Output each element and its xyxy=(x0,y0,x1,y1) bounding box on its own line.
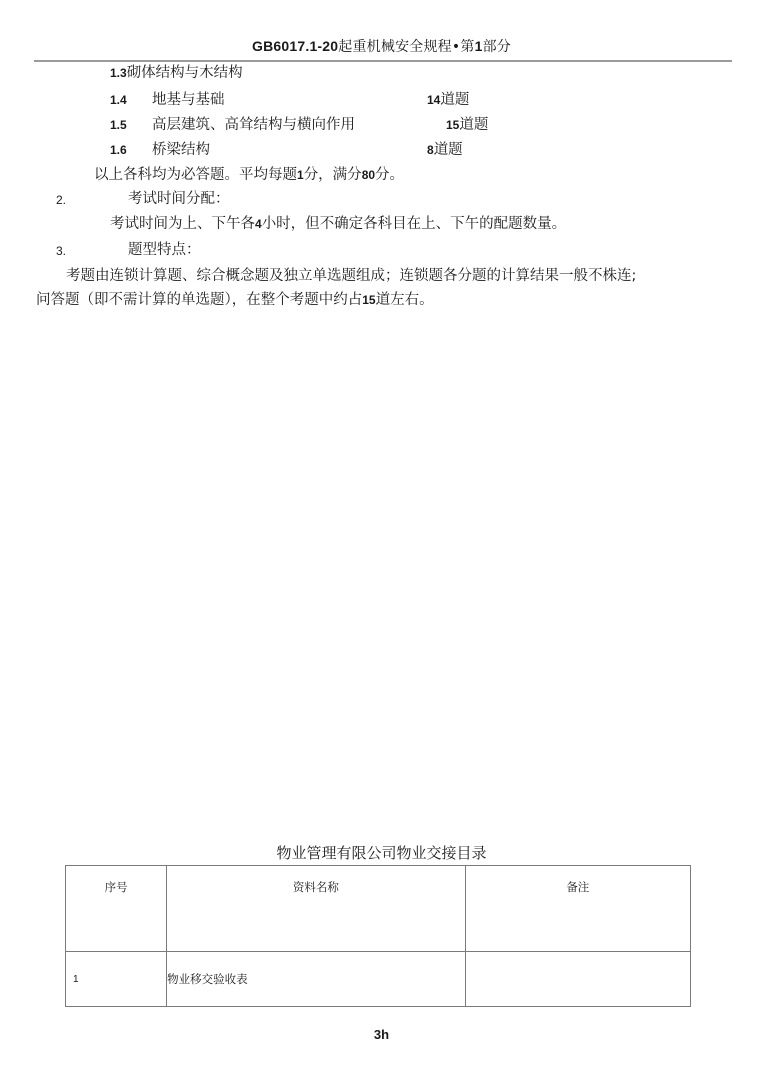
catalog-table: 序号 资料名称 备注 1 物业移交验收表 xyxy=(65,865,691,1007)
page-header-title: GB6017.1-20起重机械安全规程•第1部分 xyxy=(0,36,763,56)
header-divider xyxy=(34,60,732,62)
section-3-heading: 题型特点： xyxy=(128,240,201,260)
question-count: 15 xyxy=(362,293,375,307)
header-title-text: 起重机械安全规程 xyxy=(338,39,452,55)
subject-number: 1.3 xyxy=(110,66,127,80)
count-number: 15 xyxy=(446,118,459,132)
page-number: 3h xyxy=(0,1027,763,1042)
subject-question-count: 15道题 xyxy=(446,115,488,135)
section-3-line-1: 考题由连锁计算题、综合概念题及独立单选题组成；连锁题各分题的计算结果一般不株连; xyxy=(66,266,636,286)
section-2-paragraph: 考试时间为上、下午各4小时，但不确定各科目在上、下午的配题数量。 xyxy=(110,214,566,234)
subject-number: 1.5 xyxy=(110,118,127,132)
column-header-index: 序号 xyxy=(66,866,167,952)
subject-item-1-4: 1.4 xyxy=(110,90,127,110)
exam-time-text: 小时，但不确定各科目在上、下午的配题数量。 xyxy=(262,216,567,232)
section-3-line-2: 问答题（即不需计算的单选题），在整个考题中约占15道左右。 xyxy=(36,290,434,310)
question-type-text: 问答题（即不需计算的单选题），在整个考题中约占 xyxy=(36,292,362,308)
subject-name: 高层建筑、高耸结构与横向作用 xyxy=(152,115,355,135)
scoring-text: 分，满分 xyxy=(304,167,362,183)
subject-item-1-3: 1.3砌体结构与木结构 xyxy=(110,63,243,83)
scoring-text: 以上各科均为必答题。平均每题 xyxy=(94,167,297,183)
header-part-prefix: 第 xyxy=(460,39,474,55)
row-index: 1 xyxy=(66,952,167,1007)
catalog-title: 物业管理有限公司物业交接目录 xyxy=(0,842,763,863)
scoring-paragraph: 以上各科均为必答题。平均每题1分，满分80分。 xyxy=(94,165,404,185)
subject-item-1-6: 1.6 xyxy=(110,140,127,160)
subject-number: 1.4 xyxy=(110,93,127,107)
section-2-number: 2. xyxy=(56,193,66,207)
subject-item-1-5: 1.5 xyxy=(110,115,127,135)
subject-question-count: 8道题 xyxy=(427,140,463,160)
count-number: 14 xyxy=(427,93,440,107)
table-row: 1 物业移交验收表 xyxy=(66,952,691,1007)
column-header-document-name: 资料名称 xyxy=(167,866,465,952)
header-part-suffix: 部分 xyxy=(483,39,511,55)
exam-hours: 4 xyxy=(255,217,262,231)
section-3-number: 3. xyxy=(56,244,66,258)
scoring-text: 分。 xyxy=(375,167,404,183)
subject-number: 1.6 xyxy=(110,143,127,157)
subject-question-count: 14道题 xyxy=(427,90,469,110)
points-per-question: 1 xyxy=(297,168,304,182)
exam-time-text: 考试时间为上、下午各 xyxy=(110,216,255,232)
subject-name: 桥梁结构 xyxy=(152,140,210,160)
count-suffix: 道题 xyxy=(440,92,469,108)
section-2-heading: 考试时间分配： xyxy=(128,189,230,209)
header-part-number: 1 xyxy=(475,38,483,54)
total-points: 80 xyxy=(362,168,375,182)
count-number: 8 xyxy=(427,143,434,157)
subject-name: 地基与基础 xyxy=(152,90,225,110)
column-header-remarks: 备注 xyxy=(465,866,690,952)
question-type-text: 道左右。 xyxy=(376,292,434,308)
row-remarks xyxy=(465,952,690,1007)
count-suffix: 道题 xyxy=(459,117,488,133)
header-standard-code: GB6017.1-20 xyxy=(252,38,338,54)
row-document-name: 物业移交验收表 xyxy=(167,952,465,1007)
count-suffix: 道题 xyxy=(434,142,463,158)
subject-name: 砌体结构与木结构 xyxy=(127,65,243,81)
catalog-header-row: 序号 资料名称 备注 xyxy=(66,866,691,952)
